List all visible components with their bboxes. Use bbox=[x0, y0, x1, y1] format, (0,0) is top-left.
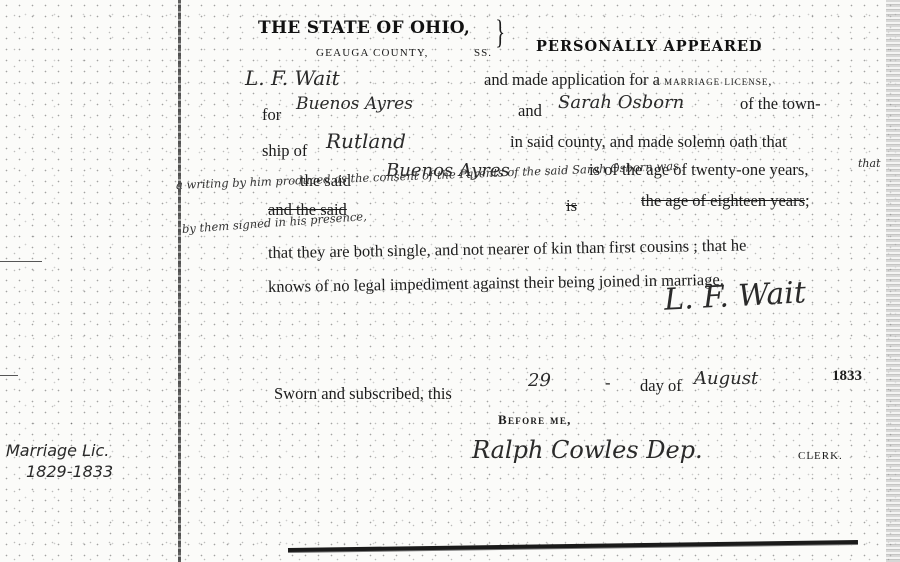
struck-and-the-said: and the said bbox=[268, 200, 347, 220]
personally-appeared: PERSONALLY APPEARED bbox=[536, 38, 763, 55]
struck-is: is bbox=[566, 196, 577, 216]
that-annotation: that bbox=[858, 157, 880, 170]
and-label: and bbox=[518, 101, 542, 121]
bride-name-handwritten: Sarah Osborn bbox=[558, 92, 684, 113]
sworn-text: Sworn and subscribed, this bbox=[274, 384, 452, 404]
line3-tail: in said county, and made solemn oath tha… bbox=[510, 132, 787, 152]
ship-of-label: ship of bbox=[262, 141, 307, 161]
month-handwritten: August bbox=[694, 368, 758, 389]
adjacent-page-edge bbox=[886, 0, 900, 562]
marriage-license-label: marriage license, bbox=[664, 73, 773, 88]
line5-age: the age of eighteen years; bbox=[641, 191, 810, 211]
applicant-signature: L. F. Wait bbox=[663, 275, 807, 317]
dash: - bbox=[605, 373, 611, 393]
archive-note-line2: 1829-1833 bbox=[6, 461, 113, 482]
line1: and made application for a marriage lice… bbox=[484, 70, 773, 90]
bottom-rule bbox=[288, 540, 858, 552]
county-label: GEAUGA COUNTY, bbox=[316, 47, 429, 59]
archive-note-line1: Marriage Lic. bbox=[6, 440, 113, 461]
day-handwritten: 29 bbox=[528, 370, 551, 391]
line1-text: and made application for a bbox=[484, 70, 660, 89]
state-title: THE STATE OF OHIO, bbox=[258, 18, 470, 38]
semicolon: ; bbox=[805, 191, 810, 210]
for-label: for bbox=[262, 105, 281, 125]
stub-line bbox=[0, 375, 18, 376]
margin-rule bbox=[178, 0, 181, 562]
groom-name-handwritten: Buenos Ayres bbox=[296, 94, 413, 114]
ss-label: SS. bbox=[474, 47, 492, 59]
year: 1833 bbox=[832, 368, 862, 385]
brace: } bbox=[495, 14, 505, 52]
stub-line bbox=[0, 261, 42, 262]
before-me-label: Before me, bbox=[498, 412, 572, 428]
line6-single: that they are both single, and not neare… bbox=[268, 235, 747, 263]
clerk-label: CLERK. bbox=[798, 450, 843, 462]
line7-impediment: knows of no legal impediment against the… bbox=[268, 270, 724, 297]
applicant-name-handwritten: L. F. Wait bbox=[245, 66, 340, 90]
day-of-label: day of bbox=[640, 376, 682, 396]
line2-tail: of the town- bbox=[740, 94, 821, 114]
township-handwritten: Rutland bbox=[326, 129, 406, 153]
struck-age-eighteen: the age of eighteen years bbox=[641, 191, 805, 210]
archive-note: Marriage Lic. 1829-1833 bbox=[6, 440, 113, 482]
clerk-signature: Ralph Cowles Dep. bbox=[472, 436, 703, 464]
